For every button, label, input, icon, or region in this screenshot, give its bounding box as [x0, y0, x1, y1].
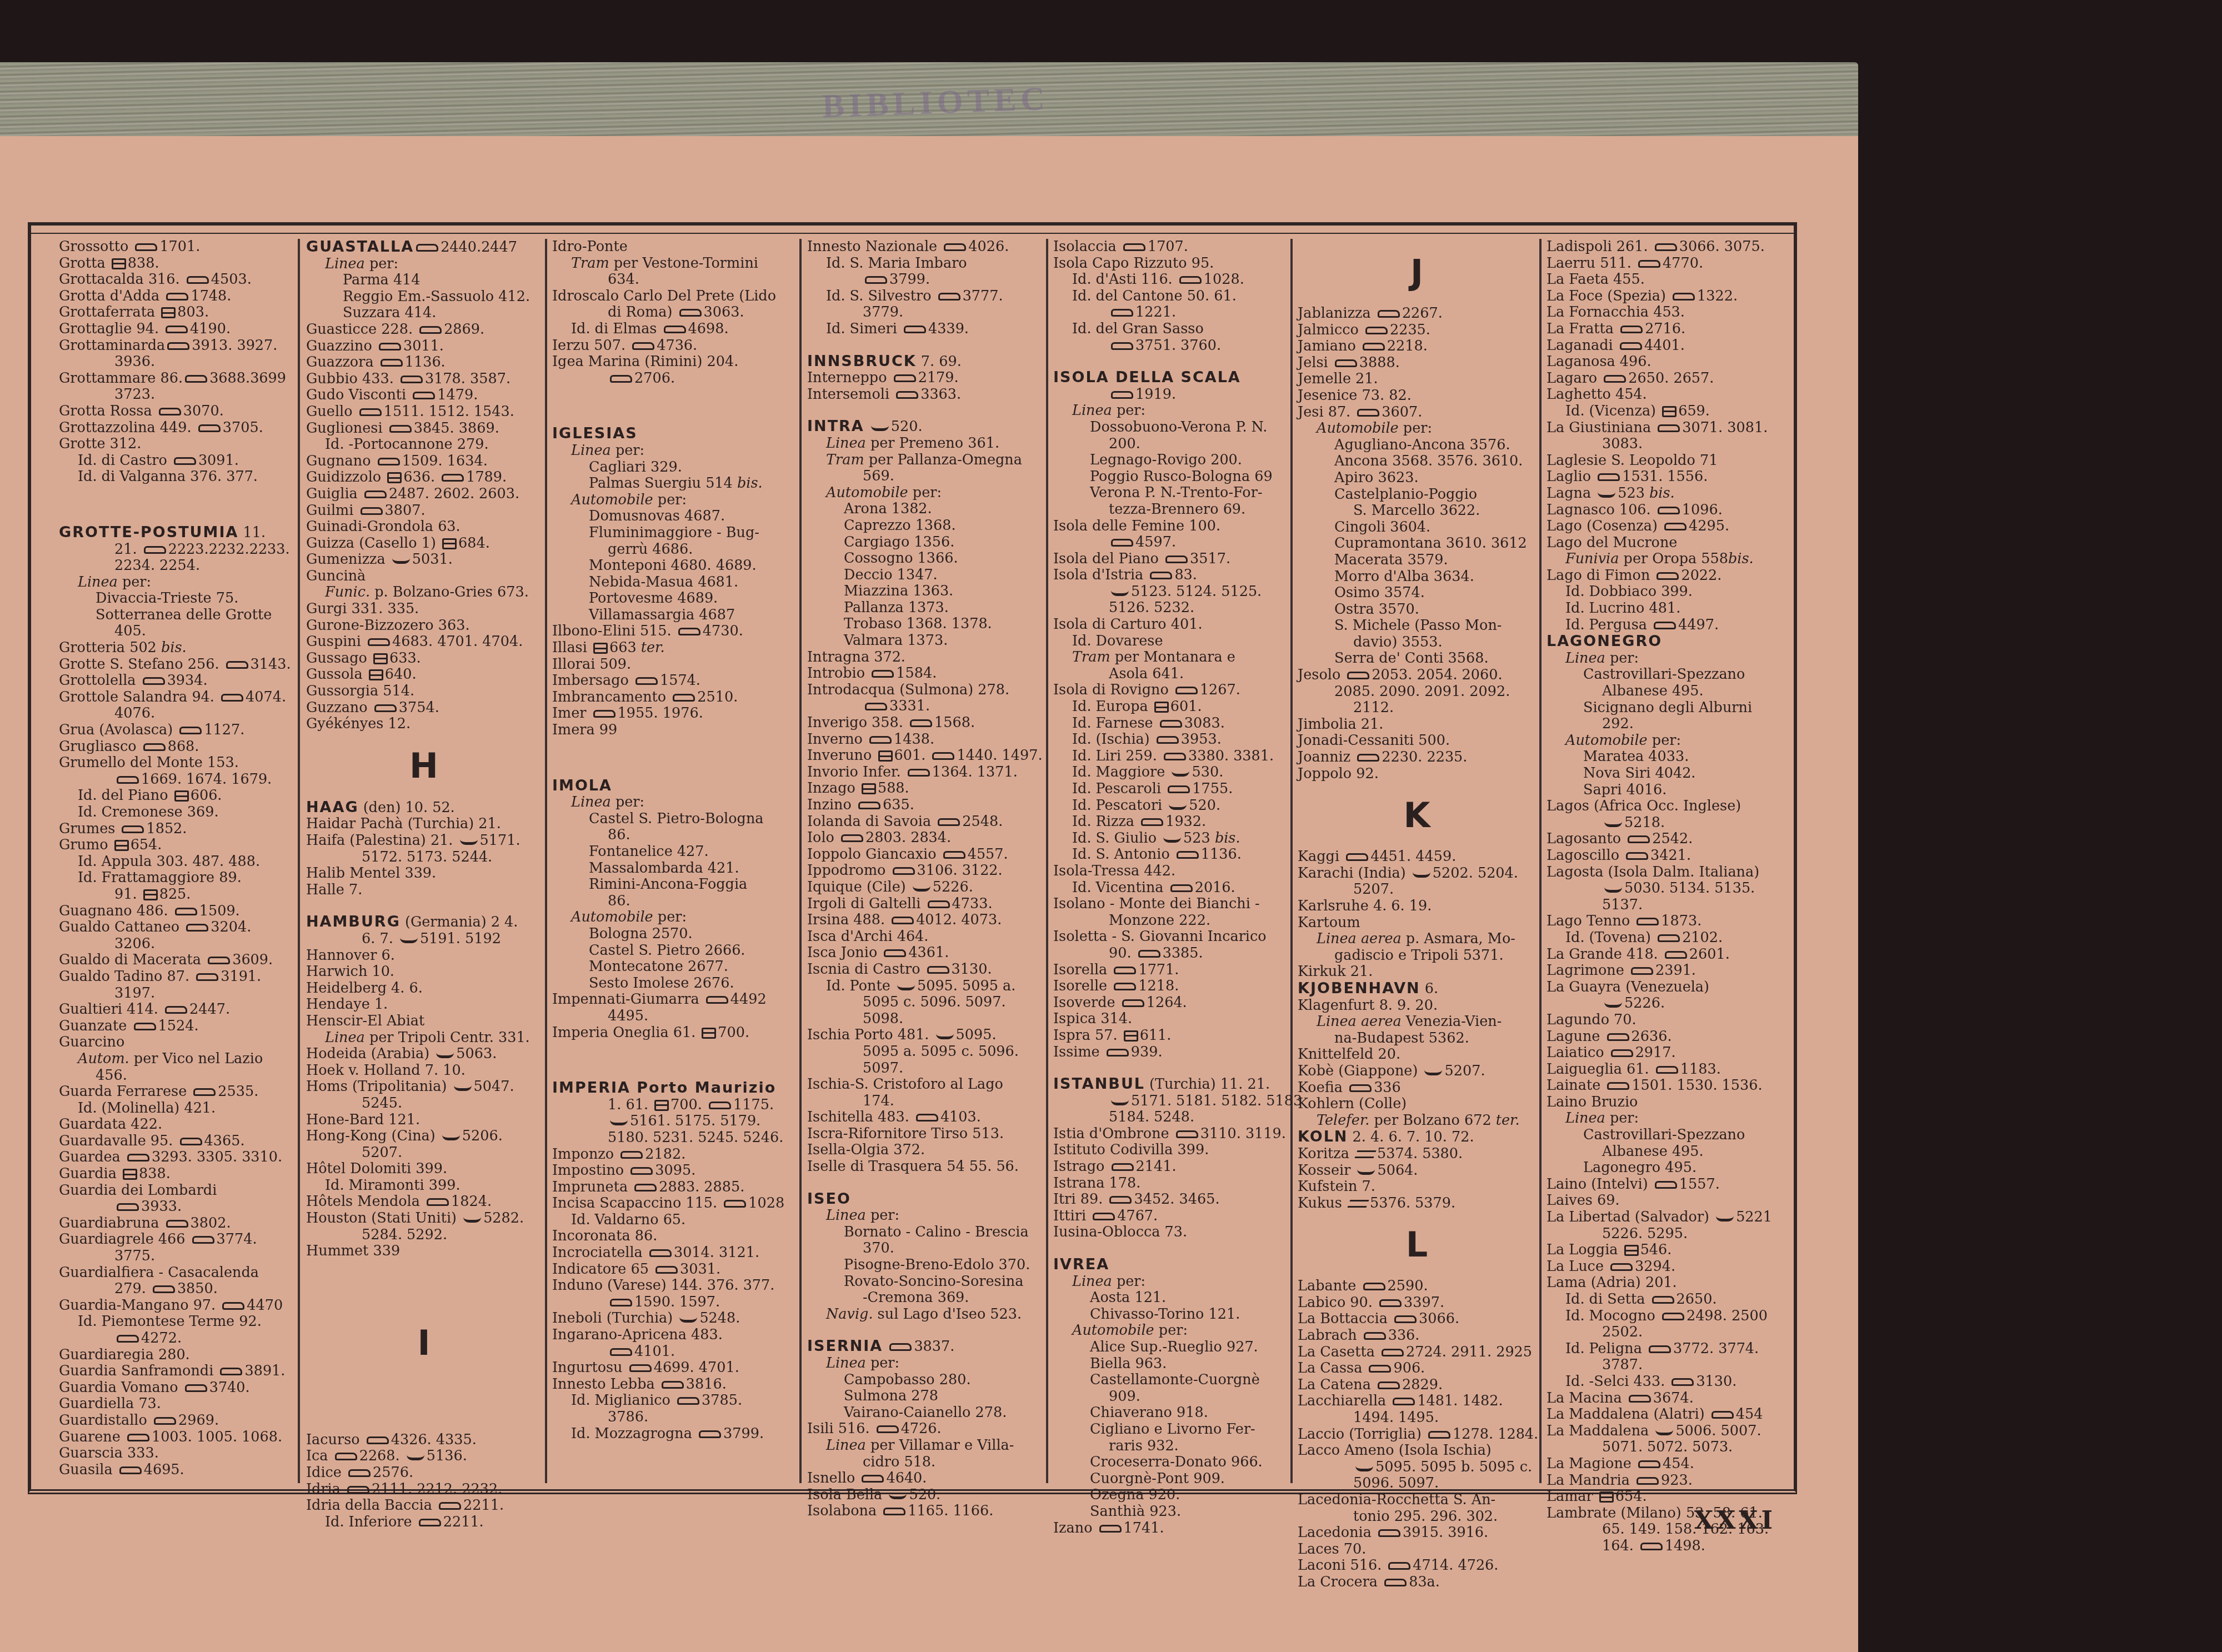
index-heading-entry: IVREA: [1053, 1256, 1287, 1274]
index-entry: Karlsruhe 4. 6. 19.: [1298, 898, 1536, 915]
entry-text: Igea Marina (Rimini) 204.: [552, 353, 738, 370]
automobile-icon: [1378, 1529, 1400, 1537]
entry-numbers: 1003. 1005. 1068.: [152, 1429, 282, 1445]
entry-numbers: 3816.: [686, 1376, 727, 1393]
entry-numbers: 2869.: [444, 321, 484, 338]
index-entry: Id. del Cantone 50. 61.: [1053, 288, 1287, 305]
index-entry: Jesi 87. 3607.: [1298, 404, 1536, 421]
entry-numbers: 659.: [1678, 403, 1710, 419]
index-entry: Bologna 2570.: [552, 926, 796, 943]
index-entry: Monzone 222.: [1053, 913, 1287, 929]
entry-text: Inveruno: [807, 747, 877, 764]
entry-text: Id. del Piano: [78, 787, 173, 804]
entry-numbers: 2706.: [634, 370, 675, 387]
index-entry: Id. Vicentina 2016.: [1053, 880, 1287, 897]
index-entry: Laglesie S. Leopoldo 71: [1547, 453, 1790, 469]
entry-text: raris 932.: [1109, 1438, 1179, 1454]
index-entry: Imperia Oneglia 61. 700.: [552, 1025, 796, 1042]
index-entry: Ineboli (Turchia) 5248.: [552, 1310, 796, 1327]
entry-text: Guardialfiera - Casacalenda: [59, 1264, 259, 1281]
automobile-icon: [439, 1502, 461, 1510]
index-entry: 3933.: [59, 1199, 294, 1215]
entry-suffix: bis.: [161, 639, 187, 656]
index-entry: Grumello del Monte 153.: [59, 755, 294, 772]
index-entry: 164. 1498.: [1547, 1538, 1790, 1555]
index-column-2: GUASTALLA2440.2447Linea per:Parma 414Reg…: [303, 239, 547, 1483]
index-entry: Hong-Kong (Cina) 5206.: [306, 1128, 542, 1145]
entry-text: Guardia: [59, 1165, 121, 1182]
entry-numbers: 3397.: [1404, 1294, 1444, 1311]
entry-numbers: 3421.: [1650, 847, 1691, 864]
entry-text: Isola del Piano: [1053, 550, 1163, 567]
index-entry: 3787.: [1547, 1357, 1790, 1374]
entry-numbers: 2650.: [1676, 1291, 1717, 1308]
index-entry: Kukus 5376. 5379.: [1298, 1195, 1536, 1212]
automobile-icon: [1170, 884, 1193, 892]
index-entry: Iscnia di Castro 3130.: [807, 962, 1043, 978]
index-entry: Iolo 2803. 2834.: [807, 830, 1043, 847]
automobile-icon: [1620, 326, 1643, 333]
entry-text: Id. Cremonese 369.: [78, 804, 219, 820]
entry-text: Castellamonte-Cuorgnè: [1090, 1371, 1260, 1388]
index-heading-entry: GROTTE-POSTUMIA 11.: [59, 524, 294, 542]
entry-text: Laces 70.: [1298, 1541, 1366, 1558]
index-entry: Istia d'Ombrone 3110. 3119.: [1053, 1126, 1287, 1143]
index-entry: Linea aerea Venezia-Vien-: [1298, 1014, 1536, 1030]
automobile-icon: [427, 1198, 449, 1206]
index-entry: 3083.: [1547, 436, 1790, 453]
index-entry: Palmas Suergiu 514 bis.: [552, 475, 796, 492]
entry-text: Id. Vicentina: [1072, 879, 1168, 896]
entry-text: Kobè (Giappone): [1298, 1063, 1422, 1079]
entry-numbers: 4597.: [1135, 534, 1176, 550]
index-entry: Lagnasco 106. 1096.: [1547, 502, 1790, 519]
entry-text: Lagosanto: [1547, 830, 1625, 847]
entry-service-type: Linea: [325, 1029, 365, 1046]
entry-text: Villamassargia 4687: [589, 607, 735, 623]
automobile-icon: [1363, 343, 1385, 351]
automobile-icon: [1655, 1181, 1677, 1189]
entry-text: Isola Bella: [807, 1486, 887, 1503]
index-entry: 5096. 5097.: [1298, 1475, 1536, 1492]
automobile-icon: [679, 309, 702, 317]
entry-numbers: 601.: [1170, 698, 1202, 715]
index-entry: Id. Maggiore 530.: [1053, 764, 1287, 781]
entry-numbers: 654.: [1615, 1488, 1647, 1505]
automobile-icon: [677, 1397, 699, 1405]
index-entry: Haidar Pachà (Turchia) 21.: [306, 816, 542, 833]
index-entry: 5095. 5095 b. 5095 c.: [1298, 1459, 1536, 1476]
index-entry: Illorai 509.: [552, 657, 796, 673]
index-entry: Cagliari 329.: [552, 459, 796, 476]
entry-numbers: 3674.: [1653, 1390, 1694, 1406]
index-entry: Grottaferrata 803.: [59, 304, 294, 321]
index-entry: Alice Sup.-Rueglio 927.: [1053, 1339, 1287, 1356]
entry-service-type: Linea aerea: [1317, 930, 1402, 947]
automobile-icon: [1658, 934, 1680, 942]
index-heading-entry: ISOLA DELLA SCALA: [1053, 369, 1287, 387]
entry-text: Monteponi 4680. 4689.: [589, 557, 757, 574]
entry-text: Id. Peligna: [1565, 1340, 1647, 1357]
entry-numbers: 1955. 1976.: [618, 705, 703, 722]
index-entry: 90. 3385.: [1053, 945, 1287, 962]
automobile-icon: [416, 244, 438, 252]
index-entry: Grottolella 3934.: [59, 673, 294, 689]
entry-text: Pisogne-Breno-Edolo 370.: [844, 1256, 1030, 1273]
entry-text: Gudo Visconti: [306, 387, 411, 403]
entry-numbers: 1183.: [1680, 1061, 1721, 1078]
tram-icon: [1662, 406, 1676, 417]
entry-service-type: Navig.: [826, 1306, 873, 1323]
entry-numbers: 3130.: [952, 961, 992, 978]
entry-text: Id. -Portocannone 279.: [325, 436, 489, 453]
index-entry: Isola-Tressa 442.: [1053, 863, 1287, 880]
index-entry: Guardia 838.: [59, 1166, 294, 1183]
section-letter: K: [1298, 793, 1536, 838]
entry-numbers: 1789.: [466, 469, 507, 485]
automobile-icon: [1665, 951, 1687, 959]
entry-text: Isola Capo Rizzuto 95.: [1053, 255, 1214, 272]
index-entry: Grossotto 1701.: [59, 239, 294, 256]
index-entry: Linea per Tripoli Centr. 331.: [306, 1030, 542, 1047]
automobile-icon: [678, 628, 700, 635]
index-entry: Id. Valdarno 65.: [552, 1212, 796, 1229]
entry-text: Ispica 314.: [1053, 1010, 1132, 1027]
entry-text: Grotta d'Adda: [59, 288, 164, 304]
entry-text: Impruneta: [552, 1179, 632, 1195]
entry-text: Id. (Ischia): [1072, 731, 1154, 748]
entry-text: Vairano-Caianello 278.: [844, 1404, 1007, 1421]
index-entry: 5095 a. 5095 c. 5096.: [807, 1044, 1043, 1060]
entry-text: Itri 89.: [1053, 1191, 1107, 1208]
automobile-icon: [1598, 473, 1620, 481]
index-entry: Gualdo Tadino 87. 3191.: [59, 969, 294, 985]
index-entry: Iolanda di Savoia 2548.: [807, 814, 1043, 830]
index-entry: Lacchiarella 1481. 1482.: [1298, 1393, 1536, 1410]
ship-icon: [442, 1133, 460, 1140]
entry-service-type: Linea: [826, 435, 866, 452]
automobile-icon: [889, 1343, 912, 1351]
tram-icon: [862, 783, 876, 794]
index-entry: Gualtieri 414. 2447.: [59, 1002, 294, 1018]
entry-service-type: Funivia: [1565, 550, 1619, 567]
automobile-icon: [1652, 1296, 1674, 1304]
index-entry: Grottaminarda3913. 3927.: [59, 338, 294, 354]
entry-numbers: 2883. 2885.: [659, 1179, 744, 1195]
index-entry: Inverigo 358. 1568.: [807, 715, 1043, 732]
entry-numbers: 654.: [131, 837, 162, 853]
entry-text: 5180. 5231. 5245. 5246.: [608, 1129, 783, 1146]
index-entry: Iacurso 4326. 4335.: [306, 1432, 542, 1449]
entry-text: Gubbio 433.: [306, 371, 398, 387]
entry-numbers: 3363.: [920, 386, 961, 403]
automobile-icon: [1711, 1411, 1734, 1419]
entry-numbers: 3071. 3081.: [1682, 419, 1768, 436]
entry-text: Illorai 509.: [552, 656, 631, 673]
index-entry: Isolano - Monte dei Bianchi -: [1053, 896, 1287, 913]
index-heading-entry: IMPERIA Porto Maurizio: [552, 1080, 796, 1097]
entry-text: La Fratta: [1547, 321, 1618, 337]
index-entry: Tram per Pallanza-Omegna: [807, 452, 1043, 469]
automobile-icon: [220, 1368, 242, 1375]
entry-text: Illasi: [552, 639, 592, 656]
automobile-icon: [699, 1430, 721, 1438]
entry-text: Introdacqua (Sulmona) 278.: [807, 682, 1009, 698]
entry-numbers: 4699. 4701.: [654, 1359, 739, 1376]
entry-numbers: 1479.: [437, 387, 478, 403]
index-entry: Id. Pescatori 520.: [1053, 798, 1287, 814]
index-column-6: JJablanizza 2267.Jalmicco 2235.Jamiano 2…: [1294, 239, 1542, 1483]
entry-numbers: 3380. 3381.: [1188, 748, 1274, 764]
automobile-icon: [401, 376, 423, 383]
automobile-icon: [916, 1114, 938, 1122]
index-entry: di Roma) 3063.: [552, 304, 796, 321]
automobile-icon: [872, 670, 894, 678]
entry-text: Laganadi: [1547, 337, 1618, 354]
entry-text: Houston (Stati Uniti): [306, 1210, 461, 1227]
entry-text: Isola di Carturo 401.: [1053, 616, 1203, 633]
entry-text: Isoverde: [1053, 994, 1120, 1011]
entry-text: Rimini-Ancona-Foggia: [589, 876, 747, 893]
index-entry: Automobile per:: [552, 909, 796, 926]
entry-text: Guardiabruna: [59, 1215, 164, 1232]
index-entry: Harwich 10.: [306, 964, 542, 980]
entry-numbers: 4730.: [703, 623, 743, 639]
entry-text: Istia d'Ombrone: [1053, 1125, 1174, 1142]
entry-text: na-Budapest 5362.: [1334, 1030, 1469, 1047]
entry-text: Iolo: [807, 829, 839, 846]
automobile-icon: [1363, 1283, 1385, 1290]
entry-text: per:: [908, 484, 942, 501]
entry-text: La Catena: [1298, 1376, 1375, 1393]
automobile-icon: [664, 326, 686, 333]
automobile-icon: [368, 638, 390, 646]
automobile-icon: [927, 966, 949, 974]
index-entry: Koritza 5374. 5380.: [1298, 1146, 1536, 1163]
entry-text: Kosseir: [1298, 1162, 1355, 1179]
index-entry: Dossobuono-Verona P. N.: [1053, 419, 1287, 436]
entry-text: Interneppo: [807, 369, 892, 386]
entry-numbers: 4339.: [928, 321, 969, 337]
entry-text: 3083.: [1602, 435, 1643, 452]
index-entry: Automobile per:: [807, 485, 1043, 502]
entry-text: per:: [611, 794, 644, 810]
entry-text: Invorio Infer.: [807, 764, 905, 780]
entry-numbers: 1741.: [1124, 1520, 1164, 1536]
index-entry: La Libertad (Salvador) 5221: [1547, 1209, 1790, 1226]
entry-text: Karlsruhe 4. 6. 19.: [1298, 898, 1432, 914]
index-entry: 2502.: [1547, 1324, 1790, 1341]
entry-numbers: 5282.: [483, 1210, 524, 1227]
index-entry: Guardiella 73.: [59, 1396, 294, 1413]
automobile-icon: [379, 343, 401, 351]
entry-numbers: 336: [1374, 1079, 1401, 1096]
entry-text: Guardata 422.: [59, 1116, 162, 1133]
index-entry: Grotta d'Adda 1748.: [59, 288, 294, 305]
index-entry: Vairano-Caianello 278.: [807, 1405, 1043, 1421]
entry-text: (Germania) 2 4.: [401, 914, 518, 930]
automobile-icon: [127, 1154, 149, 1162]
entry-text: Lacchiarella: [1298, 1393, 1390, 1409]
entry-text: Castrovillari-Spezzano: [1583, 666, 1745, 683]
index-entry: Castrovillari-Spezzano: [1547, 667, 1790, 683]
index-entry: Klagenfurt 8. 9. 20.: [1298, 998, 1536, 1014]
entry-text: Guzzano: [306, 699, 372, 716]
entry-text: Grumes: [59, 820, 119, 837]
automobile-icon: [1654, 622, 1676, 629]
spacer: [1053, 1241, 1287, 1256]
index-entry: Labante 2590.: [1298, 1278, 1536, 1295]
entry-numbers: 336.: [1388, 1327, 1420, 1344]
entry-numbers: 4012. 4073.: [916, 912, 1002, 928]
entry-numbers: 5006. 5007.: [1675, 1423, 1761, 1439]
entry-text: 5126. 5232.: [1109, 599, 1194, 616]
automobile-icon: [1393, 1398, 1415, 1405]
entry-text: 405.: [114, 623, 146, 639]
entry-text: Ica: [306, 1448, 333, 1464]
index-entry: Iselle di Trasquera 54 55. 56.: [807, 1159, 1043, 1175]
ship-icon: [436, 1050, 454, 1058]
index-entry: 292.: [1547, 716, 1790, 733]
index-entry: Id. del Piano 606.: [59, 788, 294, 804]
index-entry: 2112.: [1298, 700, 1536, 717]
entry-numbers: 454.: [1663, 1455, 1694, 1472]
index-entry: La Giustiniana 3071. 3081.: [1547, 420, 1790, 437]
tram-icon: [1124, 1030, 1138, 1042]
entry-numbers: 1438.: [894, 731, 934, 748]
entry-service-type: Automobile: [1072, 1322, 1154, 1339]
entry-text: Kartoum: [1298, 914, 1360, 931]
entry-text: Jesi 87.: [1298, 404, 1355, 420]
index-entry: Id. del Gran Sasso: [1053, 321, 1287, 338]
index-entry: Laconi 516. 4714. 4726.: [1298, 1558, 1536, 1574]
index-entry: Isola Bella 520.: [807, 1487, 1043, 1504]
tram-icon: [369, 669, 383, 680]
index-entry: Lagune 2636.: [1547, 1029, 1790, 1045]
entry-text: Kaggi: [1298, 848, 1344, 865]
entry-text: Lagosta (Isola Dalm. Italiana): [1547, 864, 1759, 880]
spacer: [807, 1175, 1043, 1191]
entry-service-type: Automobile: [1317, 420, 1399, 437]
index-entry: Inveruno 601. 1440. 1497.: [807, 748, 1043, 764]
automobile-icon: [166, 293, 188, 301]
entry-text: Castel S. Pietro-Bologna: [589, 810, 764, 827]
entry-text: per:: [611, 442, 644, 459]
entry-numbers: 1096.: [1682, 502, 1723, 518]
entry-text: Grotta Rossa: [59, 403, 157, 419]
entry-text: per:: [1154, 1322, 1188, 1339]
tram-icon: [143, 889, 158, 900]
entry-text: Sulmona 278: [844, 1388, 938, 1404]
entry-service-type: Telefer.: [1317, 1112, 1369, 1129]
index-entry: Isola di Carturo 401.: [1053, 617, 1287, 633]
entry-text: Grotte S. Stefano 256.: [59, 656, 224, 673]
entry-text: Id. del Cantone 50. 61.: [1072, 288, 1237, 304]
index-entry: Linea per Villamar e Villa-: [807, 1438, 1043, 1454]
entry-numbers: 2391.: [1655, 962, 1696, 979]
entry-numbers: 5207.: [1444, 1063, 1485, 1079]
index-entry: 1590. 1597.: [552, 1294, 796, 1311]
index-entry: 5207.: [1298, 882, 1536, 898]
entry-numbers: 2487. 2602. 2603.: [389, 485, 519, 502]
entry-numbers: 3891.: [244, 1363, 285, 1379]
entry-suffix: bis.: [1649, 485, 1675, 502]
automobile-icon: [381, 359, 403, 367]
automobile-icon: [1607, 1033, 1629, 1041]
entry-numbers: 4770.: [1663, 255, 1703, 272]
automobile-icon: [841, 834, 863, 842]
entry-service-type: Linea aerea: [1317, 1013, 1402, 1030]
index-heading-entry: ISTANBUL (Turchia) 11. 21.: [1053, 1076, 1287, 1093]
entry-numbers: 4492: [730, 991, 767, 1008]
entry-text: per:: [118, 574, 151, 590]
index-entry: Labico 90. 3397.: [1298, 1295, 1536, 1311]
entry-text: per:: [1648, 732, 1681, 749]
index-entry: Lago Tenno 1873.: [1547, 913, 1790, 930]
entry-text: Santhià 923.: [1090, 1503, 1181, 1520]
entry-numbers: 1707.: [1148, 238, 1188, 255]
entry-text: Bologna 2570.: [589, 925, 693, 942]
automobile-icon: [673, 694, 695, 702]
index-entry: 3206.: [59, 936, 294, 953]
index-entry: La Luce 3294.: [1547, 1259, 1790, 1275]
index-entry: 3197.: [59, 985, 294, 1002]
entry-text: Guidizzolo: [306, 469, 386, 485]
entry-text: Ierzu 507.: [552, 337, 630, 354]
entry-text: Gualdo Cattaneo: [59, 919, 184, 935]
entry-numbers: 1771.: [1138, 962, 1179, 978]
entry-numbers: 4497.: [1678, 617, 1719, 633]
entry-numbers: 3799.: [889, 271, 930, 288]
automobile-icon: [389, 425, 412, 433]
index-entry: Linea per:: [552, 443, 796, 459]
entry-text: Asola 641.: [1109, 665, 1184, 682]
index-entry: Guinadi-Grondola 63.: [306, 519, 542, 535]
automobile-icon: [159, 408, 181, 415]
index-entry: 5161. 5175. 5179.: [552, 1113, 796, 1130]
index-entry: Jamiano 2218.: [1298, 338, 1536, 355]
automobile-icon: [1346, 853, 1368, 861]
index-entry: Jablanizza 2267.: [1298, 306, 1536, 322]
entry-text: Jonadi-Cessaniti 500.: [1298, 732, 1450, 749]
index-entry: Isola del Piano 3517.: [1053, 551, 1287, 568]
entry-numbers: 3517.: [1190, 550, 1230, 567]
index-entry: Nova Siri 4042.: [1547, 765, 1790, 782]
index-entry: Laiatico 2917.: [1547, 1045, 1790, 1062]
entry-text: Jamiano: [1298, 338, 1360, 354]
index-entry: Inzino 635.: [807, 797, 1043, 814]
index-entry: Kaggi 4451. 4459.: [1298, 849, 1536, 865]
entry-text: Kirkuk 21.: [1298, 963, 1373, 980]
index-entry: Lacedonia 3915. 3916.: [1298, 1525, 1536, 1541]
entry-text: 2234. 2254.: [114, 557, 200, 574]
entry-service-type: Linea: [826, 1207, 866, 1224]
entry-text: Innesto Nazionale: [807, 238, 942, 255]
entry-text: Iolanda di Savoia: [807, 813, 935, 830]
entry-numbers: 3888.: [1359, 354, 1400, 371]
automobile-icon: [442, 474, 464, 482]
section-letter: L: [1298, 1223, 1536, 1267]
index-entry: Iscra-Rifornitore Tirso 513.: [807, 1126, 1043, 1143]
automobile-icon: [185, 375, 207, 383]
index-entry: tonio 295. 296. 302.: [1298, 1509, 1536, 1525]
entry-text: Lago di Fimon: [1547, 567, 1654, 584]
automobile-icon: [167, 342, 189, 350]
index-entry: Jonadi-Cessaniti 500.: [1298, 733, 1536, 749]
entry-text: Labrach: [1298, 1327, 1362, 1344]
index-entry: Id. Mozzagrogna 3799.: [552, 1426, 796, 1443]
index-entry: Campobasso 280.: [807, 1372, 1043, 1389]
